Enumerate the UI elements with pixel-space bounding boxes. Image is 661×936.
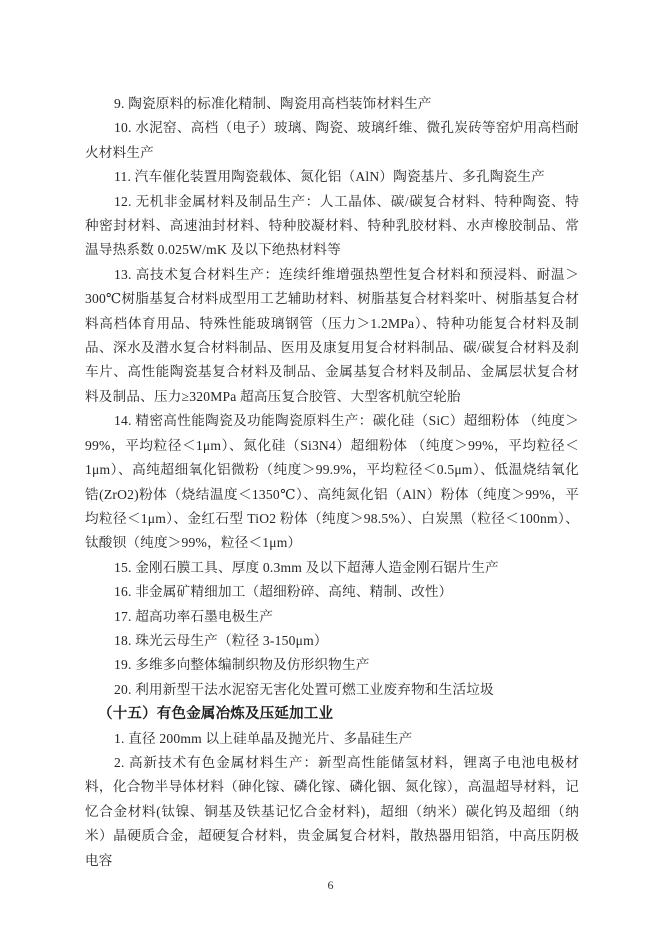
list-item: 11. 汽车催化装置用陶瓷载体、氮化铝（AlN）陶瓷基片、多孔陶瓷生产 <box>85 165 579 189</box>
document-body: 9. 陶瓷原料的标准化精制、陶瓷用高档装饰材料生产10. 水泥窑、高档（电子）玻… <box>85 92 579 873</box>
list-item: 1. 直径 200mm 以上硅单晶及抛光片、多晶硅生产 <box>85 727 579 751</box>
list-item: 10. 水泥窑、高档（电子）玻璃、陶瓷、玻璃纤维、微孔炭砖等窑炉用高档耐火材料生… <box>85 116 579 165</box>
list-item: 2. 高新技术有色金属材料生产：新型高性能储氢材料，锂离子电池电极材料，化合物半… <box>85 751 579 873</box>
list-item: 17. 超高功率石墨电极生产 <box>85 605 579 629</box>
page-number: 6 <box>0 878 661 893</box>
list-item: 20. 利用新型干法水泥窑无害化处置可燃工业废弃物和生活垃圾 <box>85 678 579 702</box>
list-item: 9. 陶瓷原料的标准化精制、陶瓷用高档装饰材料生产 <box>85 92 579 116</box>
list-item: 13. 高技术复合材料生产：连续纤维增强热塑性复合材料和预浸料、耐温＞300℃树… <box>85 263 579 409</box>
list-item: 18. 珠光云母生产（粒径 3-150μm） <box>85 629 579 653</box>
list-item: 19. 多维多向整体编制织物及仿形织物生产 <box>85 653 579 677</box>
document-page: 9. 陶瓷原料的标准化精制、陶瓷用高档装饰材料生产10. 水泥窑、高档（电子）玻… <box>0 0 661 936</box>
section-heading: （十五）有色金属冶炼及压延加工业 <box>85 702 579 726</box>
list-item: 16. 非金属矿精细加工（超细粉碎、高纯、精制、改性） <box>85 580 579 604</box>
list-item: 12. 无机非金属材料及制品生产：人工晶体、碳/碳复合材料、特种陶瓷、特种密封材… <box>85 190 579 263</box>
list-item: 14. 精密高性能陶瓷及功能陶瓷原料生产：碳化硅（SiC）超细粉体 （纯度＞99… <box>85 409 579 555</box>
list-item: 15. 金刚石膜工具、厚度 0.3mm 及以下超薄人造金刚石锯片生产 <box>85 556 579 580</box>
